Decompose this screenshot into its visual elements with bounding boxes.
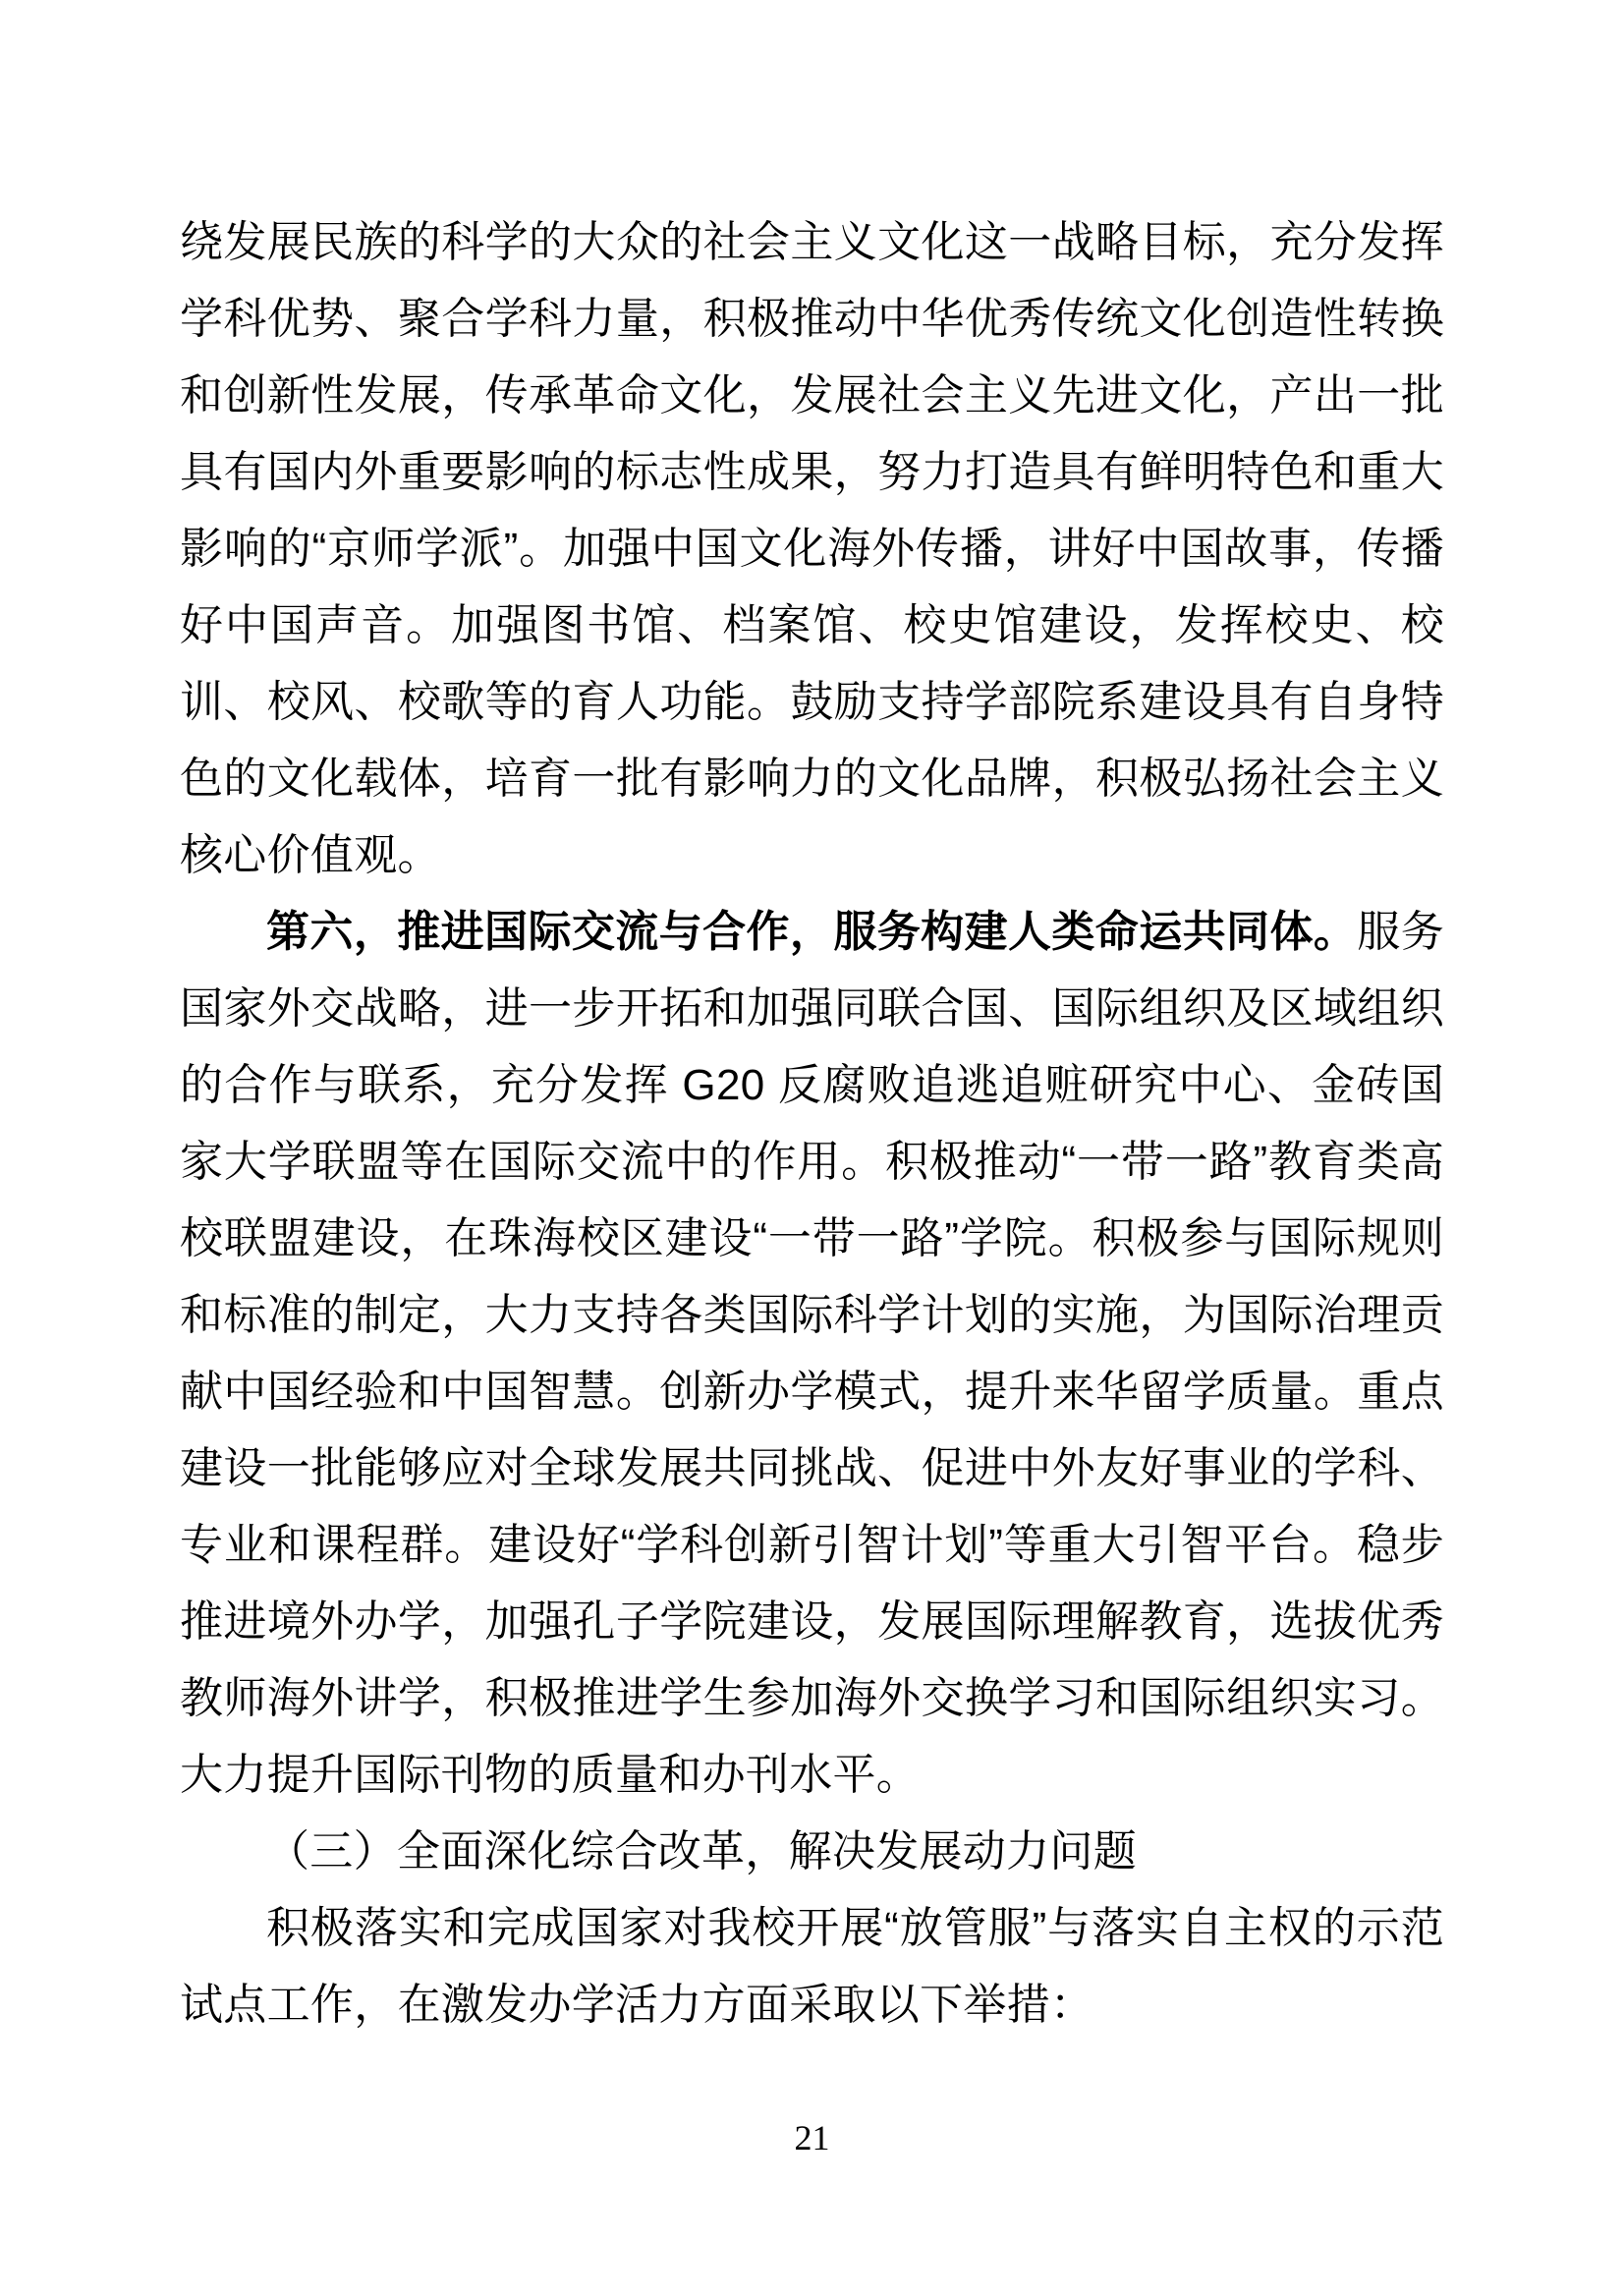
page-number: 21 xyxy=(0,2118,1624,2157)
document-text-body: 绕发展民族的科学的大众的社会主义文化这一战略目标，充分发挥学科优势、聚合学科力量… xyxy=(180,204,1444,2044)
document-page: 绕发展民族的科学的大众的社会主义文化这一战略目标，充分发挥学科优势、聚合学科力量… xyxy=(0,0,1624,2296)
section-six-body-text: 服务国家外交战略，进一步开拓和加强同联合国、国际组织及区域组织的合作与联系，充分… xyxy=(180,908,1444,1799)
paragraph-reform-pilot: 积极落实和完成国家对我校开展“放管服”与落实自主权的示范试点工作，在激发办学活力… xyxy=(180,1890,1444,2044)
paragraph-culture-continuation: 绕发展民族的科学的大众的社会主义文化这一战略目标，充分发挥学科优势、聚合学科力量… xyxy=(180,204,1444,894)
paragraph-international-exchange: 第六，推进国际交流与合作，服务构建人类命运共同体。服务国家外交战略，进一步开拓和… xyxy=(180,894,1444,1814)
section-six-bold-heading: 第六，推进国际交流与合作，服务构建人类命运共同体。 xyxy=(266,908,1357,956)
heading-section-three: （三）全面深化综合改革，解决发展动力问题 xyxy=(180,1814,1444,1890)
